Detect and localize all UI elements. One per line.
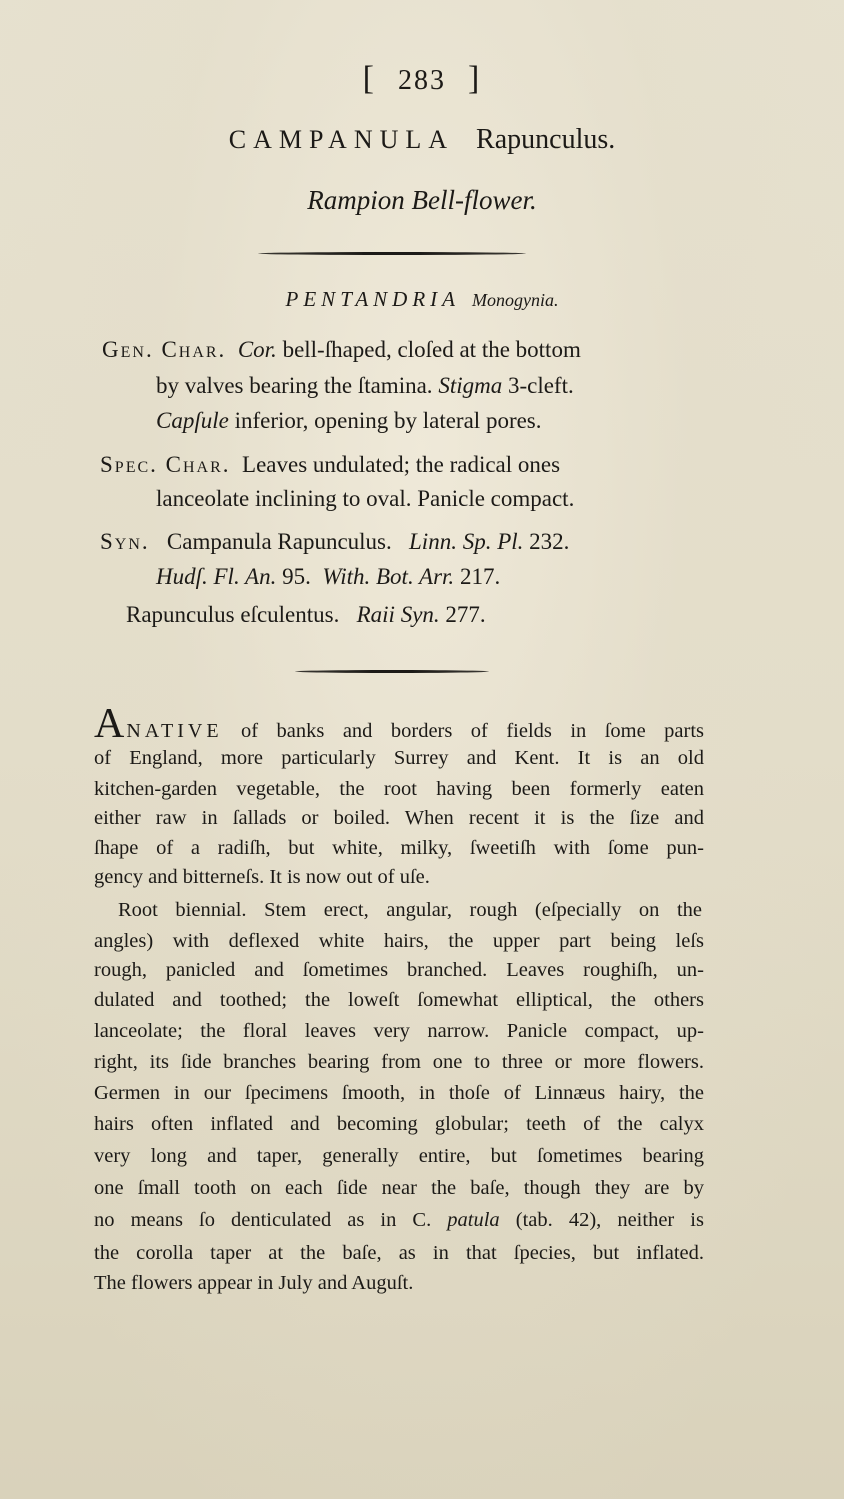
linnaean-classification: PENTANDRIAMonogynia. [0,287,844,312]
gen-char-capsule: Capſule [156,408,229,433]
syn-line-2: Hudſ. Fl. An. 95. With. Bot. Arr. 217. [156,565,500,588]
syn-ref-hudson-page: 95. [282,564,311,589]
order-name: Monogynia. [472,290,558,310]
paragraph-2-line-8: hairs often inflated and becoming globul… [94,1114,704,1135]
syn-ref-hudson: Hudſ. Fl. An. [156,564,276,589]
paragraph-1-line-2: of England, more particularly Surrey and… [94,748,704,769]
gen-char-cor: Cor. [238,337,277,362]
paragraph-2-line-5: lanceolate; the floral leaves very narro… [94,1021,704,1042]
syn-ref-ray-page: 277. [445,602,485,627]
syn-ref-withering-page: 217. [460,564,500,589]
page-number-value: 283 [376,65,468,96]
paragraph-1-line-1: ANATIVE of banks and borders of fields i… [94,703,704,745]
syn-text-1: Campanula Rapunculus. [167,529,392,554]
gen-char-text-1: bell-ſhaped, cloſed at the bottom [277,337,581,362]
syn-ref-withering: With. Bot. Arr. [322,564,454,589]
native-caps: NATIVE [126,720,222,742]
paragraph-1-line-5: ſhape of a radiſh, but white, milky, ſwe… [94,838,704,859]
genus-name: CAMPANULA [229,125,454,154]
paragraph-2-line-7: Germen in our ſpecimens ſmooth, in thoſe… [94,1083,704,1104]
gen-char-label: Gen. Char. [102,337,226,362]
ornamental-rule-middle [295,670,489,673]
paragraph-2-line-11-a: no means ſo denticulated as in C. [94,1209,447,1231]
paragraph-2-line-3: rough, panicled and ſometimes branched. … [94,960,704,981]
bracket-close: ] [468,60,481,97]
paragraph-2-line-9: very long and taper, generally entire, b… [94,1146,704,1167]
syn-text-3: Rapunculus eſculentus. [126,602,339,627]
spec-char-label: Spec. Char. [100,452,231,477]
drop-cap: A [94,701,124,747]
paragraph-1-text: of banks and borders of fields in ſome p… [223,720,704,742]
paragraph-2-line-12: the corolla taper at the baſe, as in tha… [94,1243,704,1264]
spec-char-line-2: lanceolate inclining to oval. Panicle co… [156,487,574,510]
paragraph-1-line-6: gency and bitterneſs. It is now out of u… [94,867,704,888]
paragraph-2-line-2: angles) with deflexed white hairs, the u… [94,931,704,952]
gen-char-line-1: Gen. Char. Cor. bell-ſhaped, cloſed at t… [102,338,581,361]
gen-char-text-2b: 3-cleft. [502,373,574,398]
gen-char-line-2: by valves bearing the ſtamina. Stigma 3-… [156,374,574,397]
paragraph-1-line-3: kitchen-garden vegetable, the root havin… [94,779,704,800]
spec-char-text-2: lanceolate inclining to oval. Panicle co… [156,486,574,511]
paragraph-2-line-11: no means ſo denticulated as in C. patula… [94,1210,704,1231]
gen-char-stigma: Stigma [438,373,502,398]
syn-ref-linnaeus-page: 232. [529,529,569,554]
paragraph-2-line-4: dulated and toothed; the loweſt ſomewhat… [94,990,704,1011]
spec-char-text-1: Leaves undulated; the radical ones [242,452,560,477]
species-name: Rapunculus. [476,124,615,155]
syn-label: Syn. [100,529,150,554]
paragraph-2-line-6: right, its ſide branches bearing from on… [94,1052,704,1073]
page-title: CAMPANULARapunculus. [0,124,844,156]
syn-line-1: Syn. Campanula Rapunculus. Linn. Sp. Pl.… [100,530,569,553]
page-number: [283] [0,60,844,98]
paragraph-1-line-4: either raw in ſallads or boiled. When re… [94,808,704,829]
species-patula: patula [447,1209,499,1231]
class-name: PENTANDRIA [286,287,460,311]
gen-char-text-2a: by valves bearing the ſtamina. [156,373,438,398]
paragraph-2-line-13: The flowers appear in July and Auguſt. [94,1273,704,1294]
spec-char-line-1: Spec. Char. Leaves undulated; the radica… [100,453,560,476]
paragraph-2-line-1: Root biennial. Stem erect, angular, roug… [118,900,702,921]
book-page: [283] CAMPANULARapunculus. Rampion Bell-… [0,0,844,1499]
paragraph-2-line-11-b: (tab. 42), neither is [500,1209,704,1231]
common-name: Rampion Bell-flower. [0,185,844,216]
bracket-open: [ [363,60,376,97]
ornamental-rule-top [258,252,526,255]
gen-char-line-3: Capſule inferior, opening by lateral por… [156,409,542,432]
gen-char-text-3: inferior, opening by lateral pores. [229,408,542,433]
syn-ref-ray: Raii Syn. [357,602,440,627]
syn-ref-linnaeus: Linn. Sp. Pl. [409,529,523,554]
paragraph-2-line-10: one ſmall tooth on each ſide near the ba… [94,1178,704,1199]
syn-line-3: Rapunculus eſculentus. Raii Syn. 277. [126,603,486,626]
